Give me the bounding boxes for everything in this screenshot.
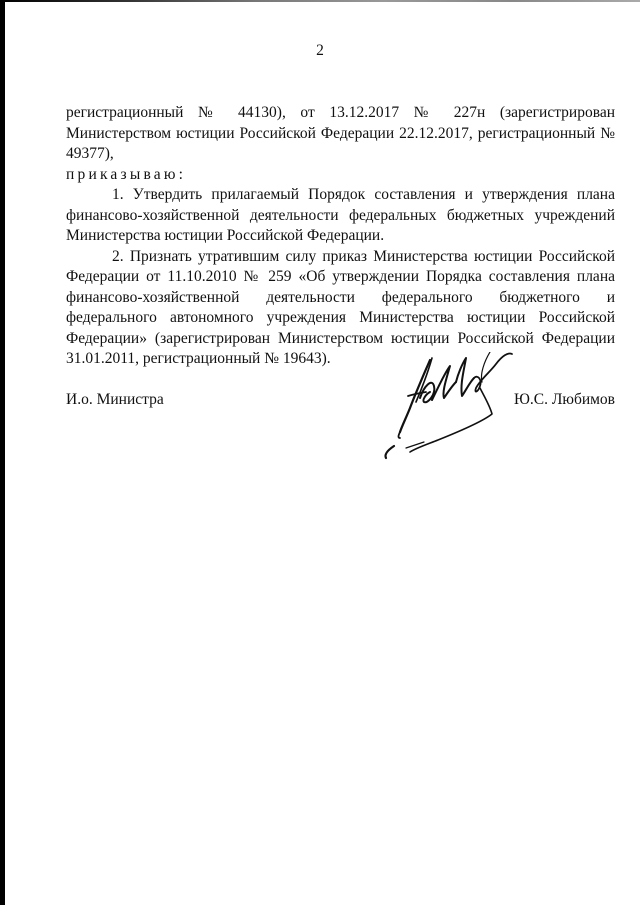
document-body: регистрационный № 44130), от 13.12.2017 …	[66, 103, 615, 370]
order-item-1: 1. Утвердить прилагаемый Порядок составл…	[66, 185, 615, 247]
order-word: приказываю:	[66, 165, 615, 186]
page-number: 2	[0, 42, 640, 60]
order-item-2: 2. Признать утратившим силу приказ Минис…	[66, 247, 615, 370]
scan-border-left	[0, 0, 5, 905]
continuation-paragraph: регистрационный № 44130), от 13.12.2017 …	[66, 103, 615, 165]
scan-border-top	[0, 0, 640, 2]
handwritten-signature-icon	[372, 352, 532, 462]
signatory-position: И.о. Министра	[66, 390, 164, 410]
